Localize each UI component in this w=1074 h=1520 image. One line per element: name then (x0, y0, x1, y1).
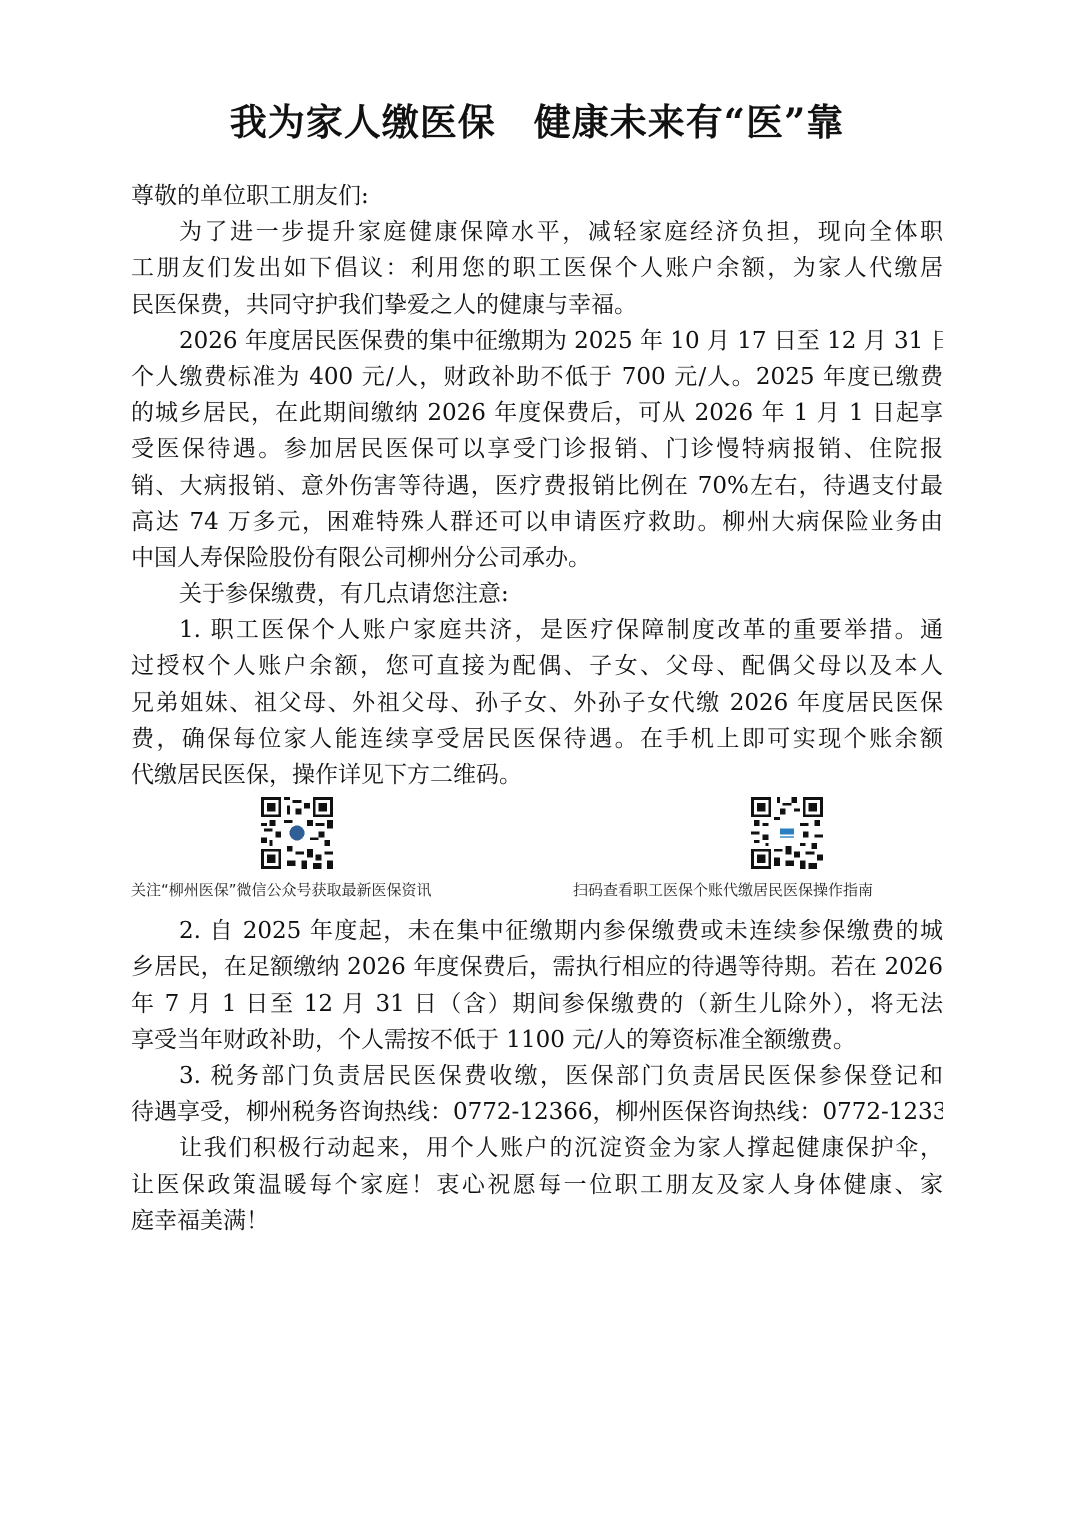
paragraph-closing: 让我们积极行动起来，用个人账户的沉淀资金为家人撑起健康保护伞， 让医保政策温暖每… (131, 1130, 943, 1239)
text-line: 的城乡居民，在此期间缴纳 2026 年度保费后，可从 2026 年 1 月 1 … (131, 395, 943, 431)
text-line: 民医保费，共同守护我们挚爱之人的健康与幸福。 (131, 287, 943, 323)
text-line: 让我们积极行动起来，用个人账户的沉淀资金为家人撑起健康保护伞， (131, 1130, 943, 1166)
qr-code-row: 关注“柳州医保”微信公众号获取最新医保资讯 (131, 793, 943, 913)
text-line: 个人缴费标准为 400 元/人，财政补助不低于 700 元/人。2025 年度已… (131, 359, 943, 395)
salutation: 尊敬的单位职工朋友们: (131, 178, 943, 214)
text-line: 关于参保缴费，有几点请您注意: (131, 576, 943, 612)
qr-caption-guide: 扫码查看职工医保个账代缴居民医保操作指南 (573, 879, 873, 900)
qr-code-icon[interactable] (261, 797, 333, 869)
text-line: 2. 自 2025 年度起，未在集中征缴期内参保缴费或未连续参保缴费的城 (131, 913, 943, 949)
text-line: 高达 74 万多元，困难特殊人群还可以申请医疗救助。柳州大病保险业务由 (131, 504, 943, 540)
text-line: 代缴居民医保，操作详见下方二维码。 (131, 757, 943, 793)
text-line: 费，确保每位家人能连续享受居民医保待遇。在手机上即可实现个账余额 (131, 721, 943, 757)
text-line: 为了进一步提升家庭健康保障水平，减轻家庭经济负担，现向全体职 (131, 214, 943, 250)
paragraph-notice-intro: 关于参保缴费，有几点请您注意: (131, 576, 943, 612)
paragraph-initiative: 为了进一步提升家庭健康保障水平，减轻家庭经济负担，现向全体职 工朋友们发出如下倡… (131, 214, 943, 323)
qr-code-icon[interactable] (751, 797, 823, 869)
text-line: 中国人寿保险股份有限公司柳州分公司承办。 (131, 540, 943, 576)
text-line: 3. 税务部门负责居民医保费收缴，医保部门负责居民医保参保登记和 (131, 1058, 943, 1094)
text-line: 享受当年财政补助，个人需按不低于 1100 元/人的筹资标准全额缴费。 (131, 1022, 943, 1058)
text-line: 乡居民，在足额缴纳 2026 年度保费后，需执行相应的待遇等待期。若在 2026 (131, 949, 943, 985)
text-line: 2026 年度居民医保费的集中征缴期为 2025 年 10 月 17 日至 12… (131, 323, 943, 359)
text-line: 过授权个人账户余额，您可直接为配偶、子女、父母、配偶父母以及本人 (131, 648, 943, 684)
document-body: 尊敬的单位职工朋友们: 为了进一步提升家庭健康保障水平，减轻家庭经济负担，现向全… (131, 178, 943, 1239)
text-line: 兄弟姐妹、祖父母、外祖父母、孙子女、外孙子女代缴 2026 年度居民医保 (131, 685, 943, 721)
text-line: 待遇享受，柳州税务咨询热线：0772-12366，柳州医保咨询热线：0772-1… (131, 1094, 943, 1130)
notice-item-2: 2. 自 2025 年度起，未在集中征缴期内参保缴费或未连续参保缴费的城 乡居民… (131, 913, 943, 1058)
text-line: 庭幸福美满！ (131, 1203, 943, 1239)
document-title: 我为家人缴医保 健康未来有“医”靠 (0, 92, 1074, 146)
text-line: 让医保政策温暖每个家庭！衷心祝愿每一位职工朋友及家人身体健康、家 (131, 1167, 943, 1203)
text-line: 工朋友们发出如下倡议：利用您的职工医保个人账户余额，为家人代缴居 (131, 250, 943, 286)
text-line: 受医保待遇。参加居民医保可以享受门诊报销、门诊慢特病报销、住院报 (131, 431, 943, 467)
qr-caption-wechat: 关注“柳州医保”微信公众号获取最新医保资讯 (131, 879, 432, 900)
text-line: 年 7 月 1 日至 12 月 31 日（含）期间参保缴费的（新生儿除外），将无… (131, 986, 943, 1022)
text-line: 销、大病报销、意外伤害等待遇，医疗费报销比例在 70%左右，待遇支付最 (131, 468, 943, 504)
notice-item-1: 1. 职工医保个人账户家庭共济，是医疗保障制度改革的重要举措。通 过授权个人账户… (131, 612, 943, 793)
paragraph-collection-period: 2026 年度居民医保费的集中征缴期为 2025 年 10 月 17 日至 12… (131, 323, 943, 576)
notice-item-3: 3. 税务部门负责居民医保费收缴，医保部门负责居民医保参保登记和 待遇享受，柳州… (131, 1058, 943, 1130)
text-line: 1. 职工医保个人账户家庭共济，是医疗保障制度改革的重要举措。通 (131, 612, 943, 648)
